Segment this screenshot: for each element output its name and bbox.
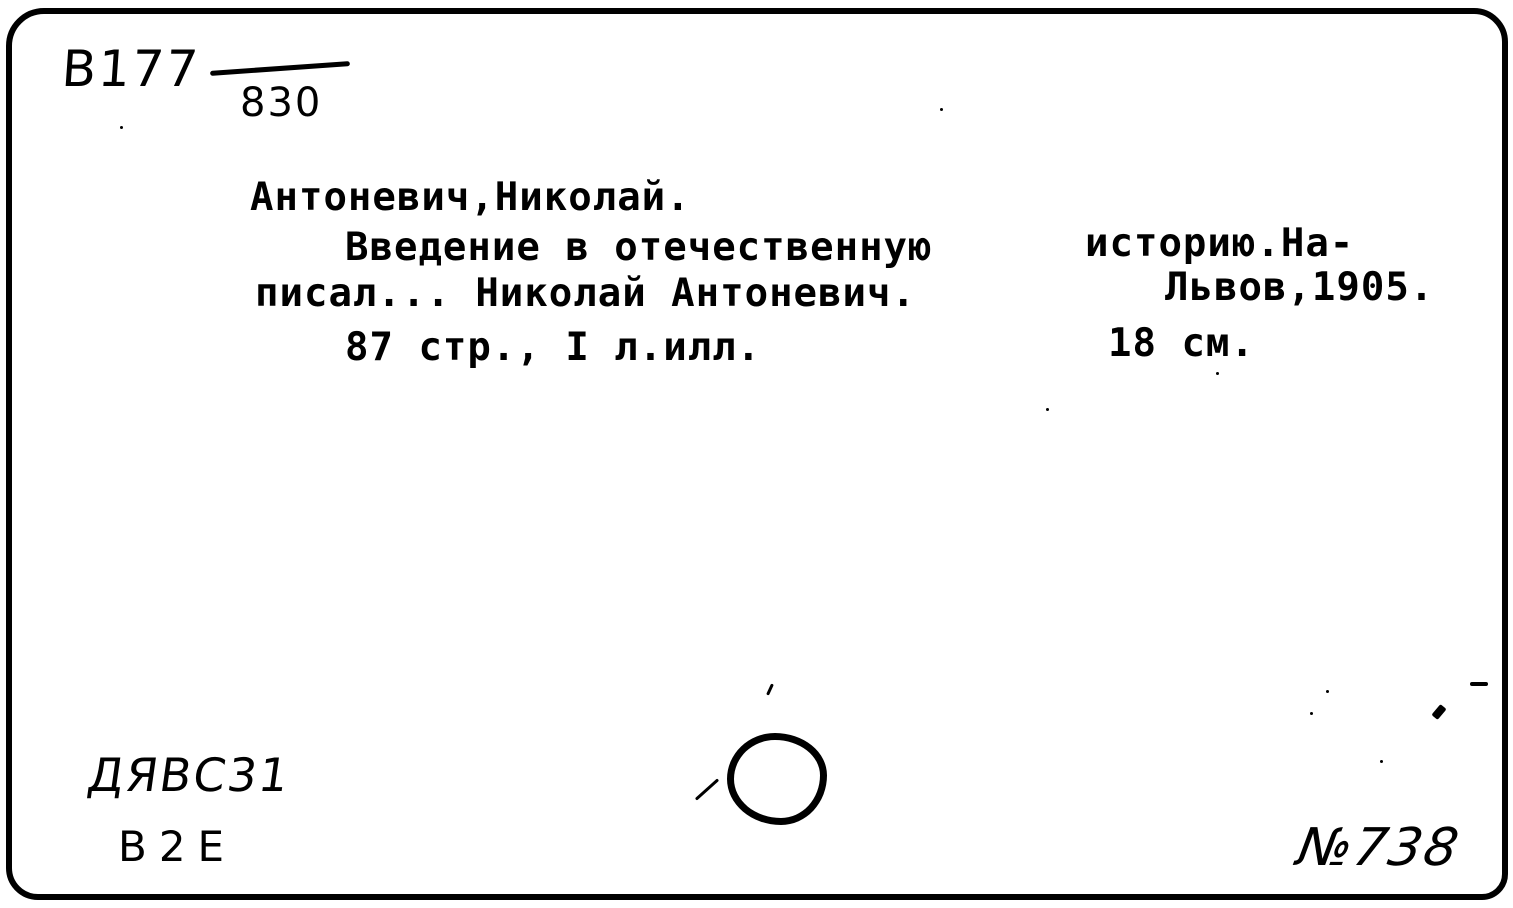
speck [1326,690,1329,693]
shelf-code-1: ДЯВС31 [84,748,294,802]
collation: 87 стр., I л.илл. [345,328,761,367]
imprint: Львов,1905. [1165,268,1434,307]
shelf-code-2: В2Е [118,822,236,871]
speck [1310,712,1313,715]
title-line-1-continued: историю.На- [1085,224,1354,263]
punch-hole [727,733,827,825]
title-line-1: Введение в отечественную [345,228,933,267]
ink-blot [1470,682,1488,686]
speck [120,126,123,129]
speck [1216,372,1219,375]
book-size: 18 см. [1108,324,1255,363]
author-heading: Антоневич,Николай. [250,178,691,217]
speck [1046,408,1049,411]
speck [1380,760,1383,763]
speck [940,108,943,111]
call-number-sub: 830 [240,80,322,126]
inventory-number: №738 [1293,818,1465,878]
title-line-2: писал... Николай Антоневич. [255,274,916,313]
call-number-main: B177 [60,40,202,98]
